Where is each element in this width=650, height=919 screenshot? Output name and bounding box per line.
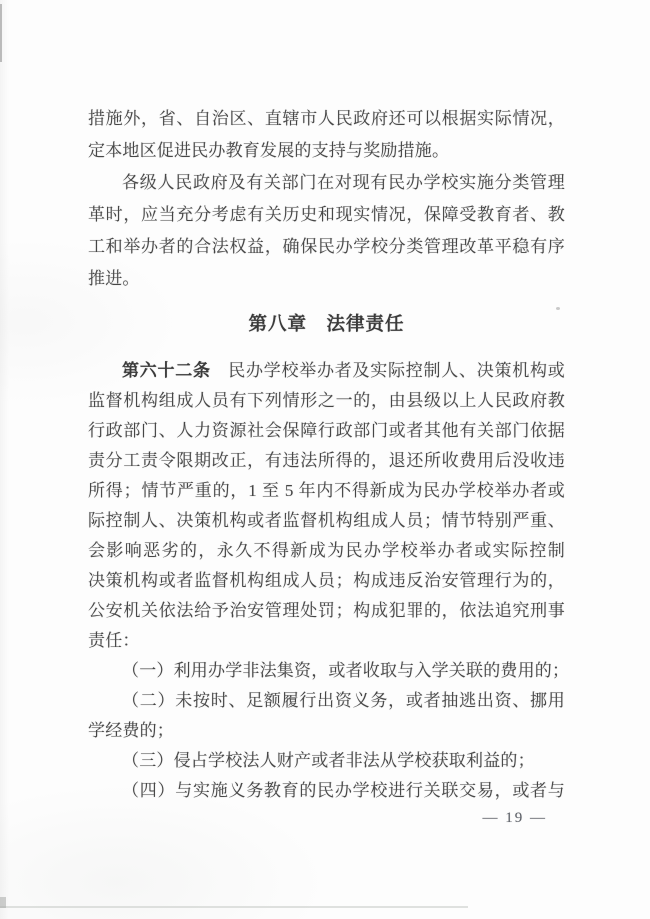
scan-artifact	[0, 4, 2, 62]
text-column-upper: 措施外，省、自治区、直辖市人民政府还可以根据实际情况，制 定本地区促进民办教育发…	[88, 103, 565, 295]
text-line: 责任：	[88, 626, 565, 656]
text-line: 第六十二条民办学校举办者及实际控制人、决策机构或者	[88, 356, 565, 386]
text-line: 责分工责令限期改正，有违法所得的，退还所收费用后没收违法	[88, 446, 565, 476]
chapter-heading: 第八章 法律责任	[88, 308, 565, 342]
text-line: 革时，应当充分考虑有关历史和现实情况，保障受教育者、教职	[88, 199, 565, 231]
document-page: 措施外，省、自治区、直辖市人民政府还可以根据实际情况，制 定本地区促进民办教育发…	[0, 0, 650, 919]
list-item-line: 学经费的；	[88, 716, 565, 746]
scan-artifact	[0, 906, 468, 908]
list-item-line: （三）侵占学校法人财产或者非法从学校获取利益的；	[88, 746, 565, 776]
text-line: 措施外，省、自治区、直辖市人民政府还可以根据实际情况，制	[88, 103, 565, 135]
text-line: 公安机关依法给予治安管理处罚；构成犯罪的，依法追究刑事	[88, 596, 565, 626]
article-number-label: 第六十二条	[122, 361, 211, 380]
text-line: 所得；情节严重的，1 至 5 年内不得新成为民办学校举办者或实	[88, 476, 565, 506]
text-line: 决策机构或者监督机构组成人员；构成违反治安管理行为的，由	[88, 566, 565, 596]
text-line: 推进。	[88, 263, 565, 295]
page-number: — 19 —	[88, 806, 565, 830]
text-line: 定本地区促进民办教育发展的支持与奖励措施。	[88, 135, 565, 167]
text-line: 际控制人、决策机构或者监督机构组成人员；情节特别严重、社	[88, 506, 565, 536]
text-line: 会影响恶劣的，永久不得新成为民办学校举办者或实际控制人、	[88, 536, 565, 566]
list-item-line: （一）利用办学非法集资，或者收取与入学关联的费用的；	[88, 656, 565, 686]
list-item-line: （四）与实施义务教育的民办学校进行关联交易，或者与其	[88, 776, 565, 806]
text-line: 行政部门、人力资源社会保障行政部门或者其他有关部门依据职	[88, 416, 565, 446]
scan-artifact	[0, 897, 6, 908]
text-column-lower: 第六十二条民办学校举办者及实际控制人、决策机构或者 监督机构组成人员有下列情形之…	[88, 356, 565, 806]
text-line: 监督机构组成人员有下列情形之一的，由县级以上人民政府教育	[88, 386, 565, 416]
text-line: 工和举办者的合法权益，确保民办学校分类管理改革平稳有序	[88, 231, 565, 263]
list-item-line: （二）未按时、足额履行出资义务，或者抽逃出资、挪用办	[88, 686, 565, 716]
text-line: 各级人民政府及有关部门在对现有民办学校实施分类管理改	[88, 167, 565, 199]
